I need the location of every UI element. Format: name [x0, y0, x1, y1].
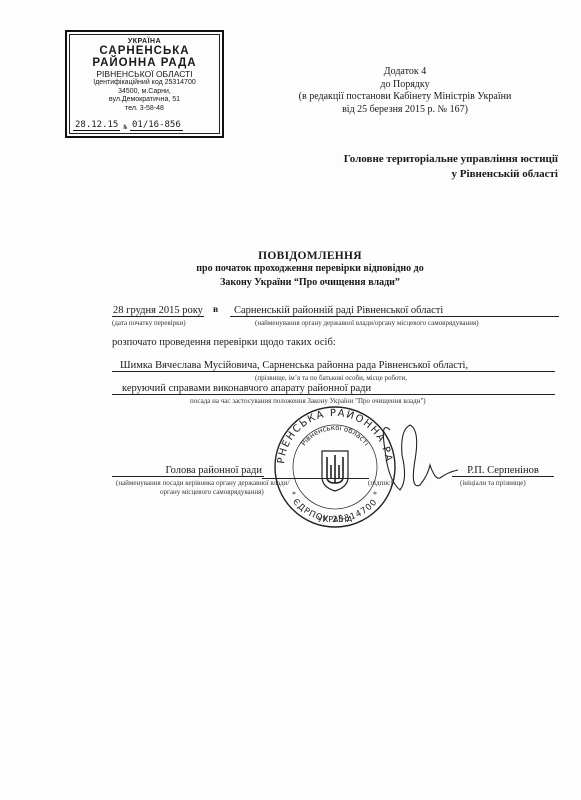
person-field: Шимка Вячеслава Мусійовича, Сарненська р…	[112, 360, 555, 372]
signature-field	[262, 465, 369, 479]
document-subtitle1: про початок проходження перевірки відпов…	[180, 262, 440, 276]
signatory-position-caption2: органу місцевого самоврядування)	[160, 488, 264, 496]
person-caption: (прізвище, ім’я та по батькові особи, мі…	[255, 374, 407, 382]
stamp-org-line1: САРНЕНСЬКА	[67, 45, 222, 57]
start-date-field: 28 грудня 2015 року	[112, 305, 204, 317]
stamp-reg-no-label: №	[123, 124, 127, 131]
document-title: ПОВІДОМЛЕННЯ	[180, 250, 440, 262]
started-text: розпочато проведення перевірки щодо таки…	[112, 337, 336, 348]
svg-text:*: *	[292, 490, 296, 499]
stamp-reg-date: 28.12.15	[73, 120, 120, 131]
corner-stamp: УКРАЇНА САРНЕНСЬКА РАЙОННА РАДА РІВНЕНСЬ…	[65, 30, 224, 138]
signatory-position-field: Голова районної ради	[112, 465, 264, 477]
stamp-org-line2: РАЙОННА РАДА	[67, 57, 222, 69]
signatory-name-caption: (ініціали та прізвище)	[460, 479, 526, 487]
annex-line4: від 25 березня 2015 р. № 167)	[280, 104, 530, 117]
stamp-street: вул.Демократична, 51	[67, 96, 222, 105]
stamp-region: РІВНЕНСЬКОЇ ОБЛАСТІ	[67, 69, 222, 79]
signatory-name-field: Р.П. Серпенінов	[452, 465, 554, 477]
signature-scribble	[360, 420, 460, 500]
addressee: Головне територіальне управління юстиції…	[300, 152, 558, 182]
addressee-line1: Головне територіальне управління юстиції	[300, 152, 558, 167]
stamp-id-code: Ідентифікаційний код 25314700	[67, 79, 222, 88]
signatory-position-caption1: (найменування посади керівника органу де…	[116, 479, 289, 487]
organization-caption: (найменування органу державної влади/орг…	[255, 319, 479, 327]
annex-line2: до Порядку	[280, 79, 530, 92]
stamp-postal: 34500, м.Сарни,	[67, 88, 222, 97]
position-caption: посада на час застосування положення Зак…	[190, 397, 426, 405]
annex-line1: Додаток 4	[280, 66, 530, 79]
stamp-country: УКРАЇНА	[67, 38, 222, 45]
annex-line3: (в редакції постанови Кабінету Міністрів…	[280, 91, 530, 104]
seal-bottom-text: УКРАЇНА	[318, 514, 353, 524]
document-heading: ПОВІДОМЛЕННЯ про початок проходження пер…	[180, 250, 440, 290]
stamp-reg-number: 01/16-856	[130, 120, 183, 131]
organization-field: Сарненській районній раді Рівненської об…	[230, 305, 559, 317]
signature-caption: (підпис)	[368, 479, 393, 487]
in-word: в	[213, 305, 218, 315]
stamp-phone: тел. 3-58-48	[67, 105, 222, 114]
addressee-line2: у Рівненській області	[300, 167, 558, 182]
annex-reference: Додаток 4 до Порядку (в редакції постано…	[280, 66, 530, 116]
stamp-registration: 28.12.15 № 01/16-856	[73, 120, 216, 131]
document-subtitle2: Закону України “Про очищення влади”	[180, 276, 440, 290]
position-field: керуючий справами виконавчого апарату ра…	[112, 383, 555, 395]
start-date-caption: (дата початку перевірки)	[112, 319, 186, 327]
